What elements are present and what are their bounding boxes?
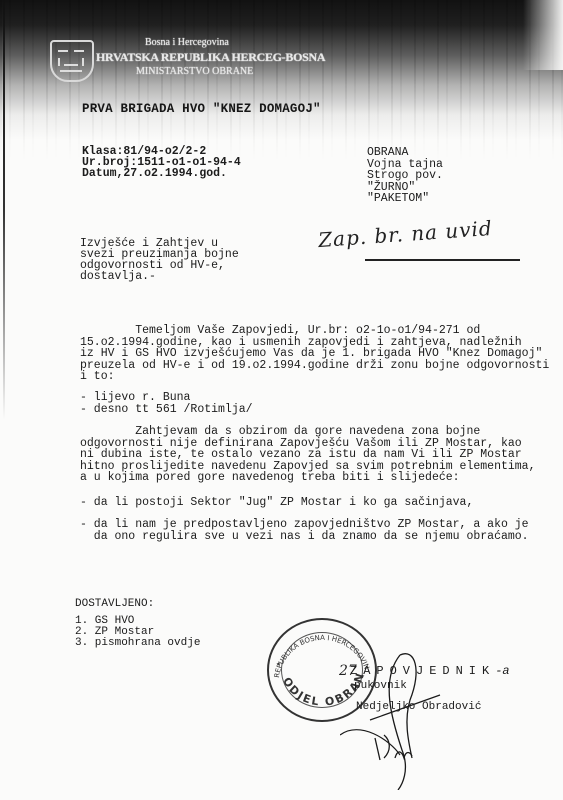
zone-list: - lijevo r. Buna - desno tt 561 /Rotimlj… <box>80 392 253 415</box>
handwritten-underline <box>365 259 520 261</box>
reference-block: Klasa:81/94-o2/2-2 Ur.broj:1511-o1-o1-94… <box>82 146 241 179</box>
signatory-name: Nedjeljko Obradović <box>356 701 481 713</box>
signatory-title-text: ZAPOVJEDNIK <box>350 664 495 678</box>
request-item: - da li nam je predpostavljeno zapovjedn… <box>80 519 529 542</box>
signatory-title-suffix: -a <box>495 664 509 678</box>
photocopy-fade <box>523 0 563 70</box>
datum: Datum,27.o2.1994.god. <box>82 167 227 180</box>
document-page: Bosna i Hercegovina HRVATSKA REPUBLIKA H… <box>0 0 563 800</box>
photocopy-streaks <box>0 0 563 160</box>
classification-block: OBRANA Vojna tajna Strogo pov. "ŽURNO" "… <box>367 147 443 205</box>
distribution-title: DOSTAVLJENO: <box>75 599 154 610</box>
signatory-rank: pukovnik <box>354 680 407 692</box>
checkered-shield-icon <box>50 40 94 82</box>
distribution-list: 1. GS HVO 2. ZP Mostar 3. pismohrana ovd… <box>75 616 200 648</box>
body-paragraph-2: Zahtjevam da s obzirom da gore navedena … <box>80 426 535 484</box>
svg-text:✦: ✦ <box>276 660 281 669</box>
letterhead-ministry: MINISTARSTVO OBRANE <box>136 66 253 77</box>
page-edge <box>3 0 5 420</box>
letterhead-country: Bosna i Hercegovina <box>145 37 229 48</box>
unit-name: PRVA BRIGADA HVO "KNEZ DOMAGOJ" <box>82 102 321 116</box>
body-paragraph-1: Temeljom Vaše Zapovjedi, Ur.br: o2-1o-o1… <box>80 325 549 383</box>
subject-block: Izvješće i Zahtjev u svezi preuzimanja b… <box>80 238 239 282</box>
request-item: - da li postoji Sektor "Jug" ZP Mostar i… <box>80 497 473 509</box>
handwritten-note: Zap. br. na uvid <box>317 216 493 252</box>
handwritten-signature <box>340 640 480 790</box>
letterhead-republic: HRVATSKA REPUBLIKA HERCEG-BOSNA <box>96 50 325 65</box>
signatory-title: ZAPOVJEDNIK-a <box>350 666 510 677</box>
